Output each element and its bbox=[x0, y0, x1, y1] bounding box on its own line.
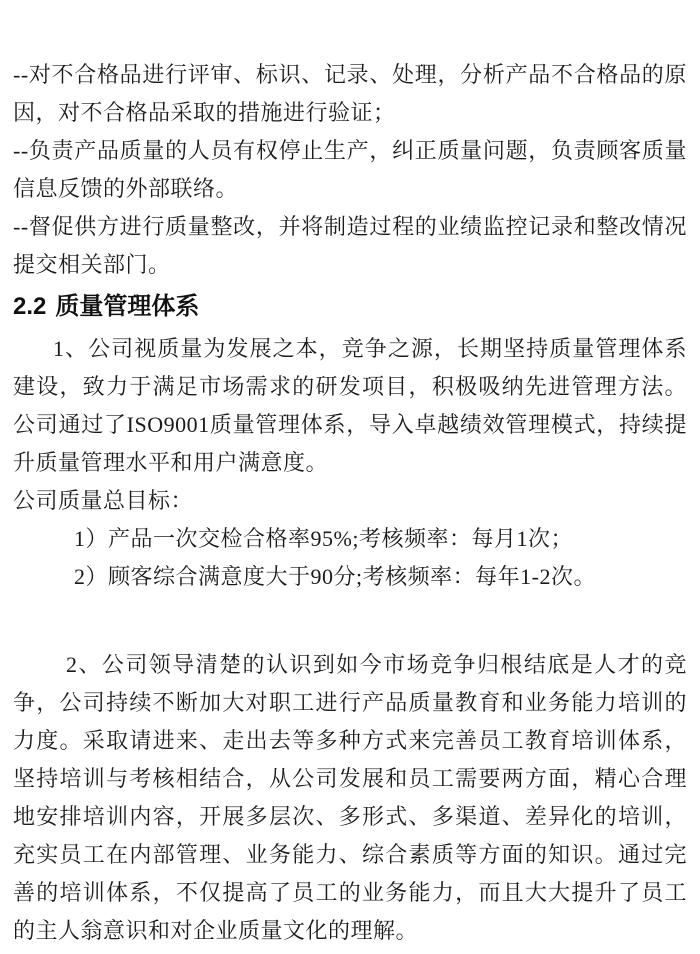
quality-goal-item-1: 1）产品一次交检合格率95%;考核频率：每月1次； bbox=[13, 520, 687, 558]
blank-line-spacer bbox=[13, 596, 687, 646]
paragraph-nonconforming-product: --对不合格品进行评审、标识、记录、处理，分析产品不合格品的原因，对不合格品采取… bbox=[13, 56, 687, 132]
section-heading: 2.2质量管理体系 bbox=[13, 284, 687, 330]
quality-goals-label: 公司质量总目标： bbox=[13, 482, 687, 520]
paragraph-quality-management-system: 1、公司视质量为发展之本，竞争之源，长期坚持质量管理体系建设，致力于满足市场需求… bbox=[13, 330, 687, 482]
paragraph-stop-production-authority: --负责产品质量的人员有权停止生产，纠正质量问题，负责顾客质量信息反馈的外部联络… bbox=[13, 132, 687, 208]
document-page: --对不合格品进行评审、标识、记录、处理，分析产品不合格品的原因，对不合格品采取… bbox=[0, 0, 700, 954]
paragraph-supplier-rectification: --督促供方进行质量整改，并将制造过程的业绩监控记录和整改情况提交相关部门。 bbox=[13, 208, 687, 284]
section-heading-number: 2.2 bbox=[13, 293, 46, 320]
paragraph-training-system: 2、公司领导清楚的认识到如今市场竞争归根结底是人才的竞争，公司持续不断加大对职工… bbox=[13, 646, 687, 950]
section-heading-title: 质量管理体系 bbox=[55, 293, 199, 320]
quality-goal-item-2: 2）顾客综合满意度大于90分;考核频率：每年1-2次。 bbox=[13, 558, 687, 596]
